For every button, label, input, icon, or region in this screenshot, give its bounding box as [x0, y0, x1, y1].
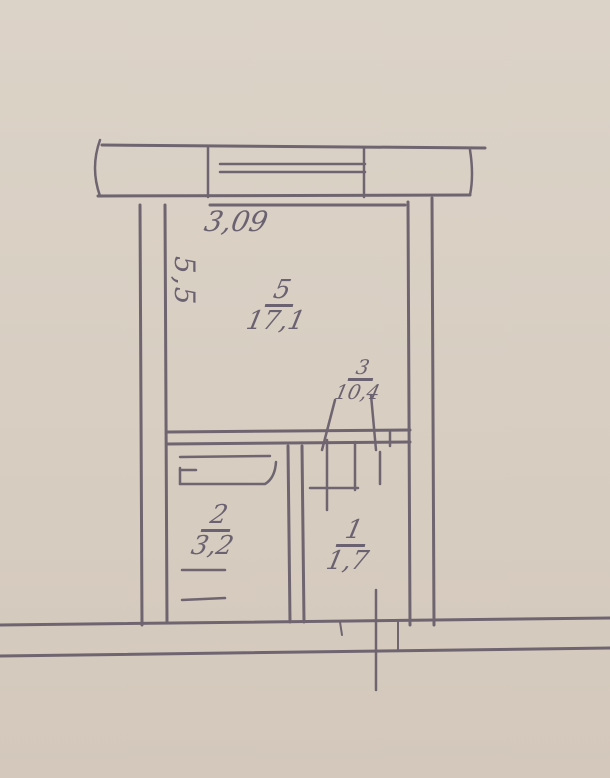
room-5-area: 17,1: [244, 307, 308, 336]
bathtub: [180, 456, 276, 484]
floor-plan-drawing: [0, 0, 610, 778]
room-2-number: 2: [201, 502, 236, 532]
room-2-area: 3,2: [189, 532, 236, 561]
bathroom-fixture: [182, 570, 225, 600]
balcony-window: [220, 164, 365, 172]
balcony: [95, 140, 485, 197]
length-dimension-label: 5,5: [168, 256, 201, 307]
room-3-number: 3: [347, 357, 377, 381]
floor-plan-sheet: 3,09 5,5 5 17,1 3 10,4 2 3,2 1 1,7: [0, 0, 610, 778]
width-dimension-label: 3,09: [201, 205, 270, 238]
room-3-area: 10,4: [333, 381, 382, 403]
room-1-number: 1: [336, 517, 371, 547]
room-1-area: 1,7: [324, 547, 371, 576]
room-5-number: 5: [264, 277, 299, 307]
